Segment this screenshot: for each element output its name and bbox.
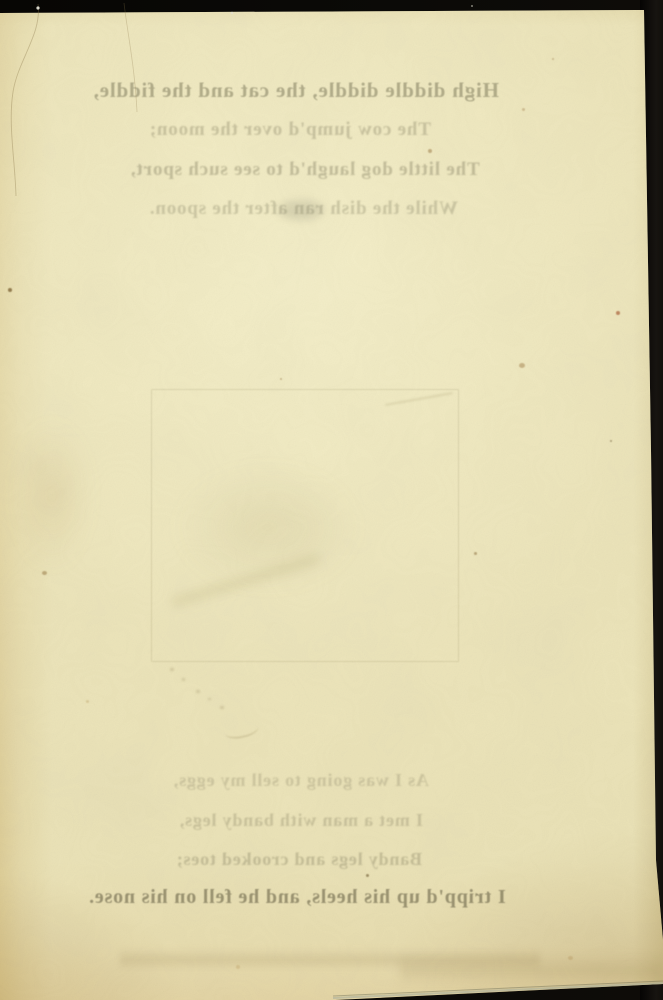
paper-smudge (170, 668, 174, 671)
bleedthrough-illustration-outline (151, 389, 459, 662)
aged-paper-page: High diddle diddle, the cat and the fidd… (0, 0, 663, 1000)
paper-smudge (220, 706, 224, 709)
foxing-spot (280, 378, 282, 380)
foxing-spot (616, 311, 620, 315)
foxing-spot (522, 108, 525, 111)
foxing-spot (428, 149, 432, 153)
foxing-spot (8, 288, 12, 292)
paper-smudge (182, 678, 185, 681)
foxing-spot (474, 552, 477, 555)
bleedthrough-verse-line: While the dish ran after the spoon. (172, 198, 458, 220)
bleedthrough-verse-line: Bandy legs and crooked toes; (156, 849, 442, 870)
bleedthrough-verse-line: The cow jump'd over the moon; (138, 119, 442, 141)
foxing-spot (610, 440, 612, 442)
paper-smudge (196, 690, 200, 693)
foxing-spot (552, 58, 554, 60)
paper-stain (14, 420, 90, 570)
bleedthrough-verse-line: I tripp'd up his heels, and he fell on h… (60, 886, 534, 909)
foxing-spot (366, 874, 369, 877)
bleedthrough-verse-line: High diddle diddle, the cat and the fidd… (62, 78, 530, 103)
paper-smudge (208, 698, 211, 700)
foxing-spot (86, 700, 89, 703)
paper-smudge (278, 200, 324, 220)
bleedthrough-verse-line: I met a man with bandy legs, (168, 810, 434, 831)
paper-smudge (224, 720, 260, 741)
page-curl-shadow (400, 953, 663, 983)
bleedthrough-verse-line: The little dog laugh'd to see such sport… (98, 159, 512, 181)
book-page-scan: High diddle diddle, the cat and the fidd… (0, 0, 663, 1000)
foxing-spot (519, 363, 525, 368)
foxing-spot (42, 571, 47, 575)
bleedthrough-verse-line: As I was going to sell my eggs, (158, 770, 444, 791)
